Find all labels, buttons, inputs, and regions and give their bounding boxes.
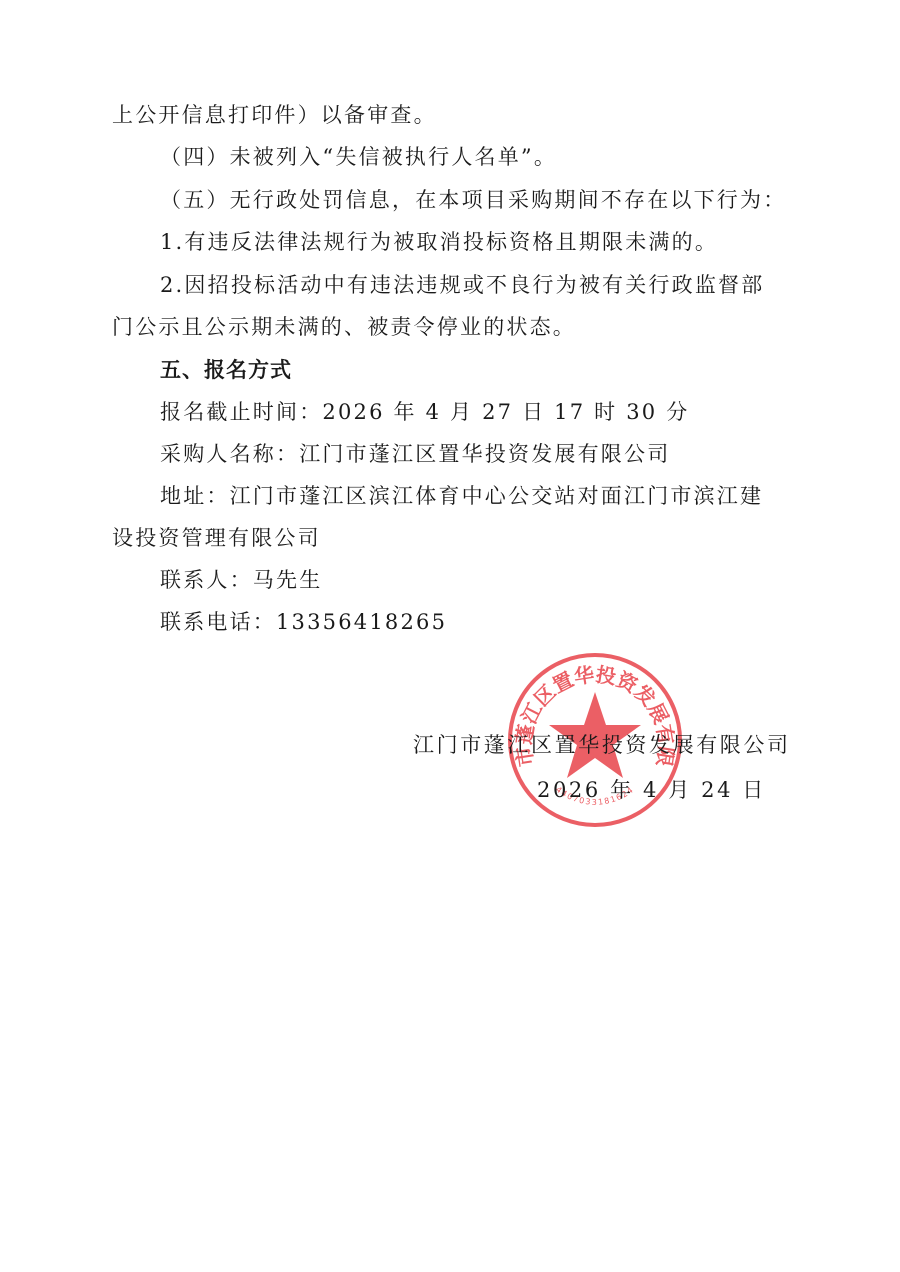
text-line: 门公示且公示期未满的、被责令停业的状态。	[112, 313, 576, 341]
text-line: 上公开信息打印件）以备审查。	[112, 101, 437, 129]
text-line: （四）未被列入“失信被执行人名单”。	[160, 143, 557, 171]
contact-phone: 联系电话：13356418265	[160, 608, 447, 636]
text-line: （五）无行政处罚信息，在本项目采购期间不存在以下行为：	[160, 186, 786, 214]
registration-deadline: 报名截止时间：2026 年 4 月 27 日 17 时 30 分	[160, 398, 689, 426]
address-line-2: 设投资管理有限公司	[112, 524, 321, 552]
address-line-1: 地址：江门市蓬江区滨江体育中心公交站对面江门市滨江建	[160, 482, 763, 510]
text-line: 2.因招投标活动中有违法违规或不良行为被有关行政监督部	[160, 271, 764, 299]
signature-date: 2026 年 4 月 24 日	[537, 776, 766, 804]
signature-company: 江门市蓬江区置华投资发展有限公司	[413, 731, 791, 759]
contact-person: 联系人：马先生	[160, 566, 322, 594]
text-line: 1.有违反法律法规行为被取消投标资格且期限未满的。	[160, 228, 718, 256]
purchaser-name: 采购人名称：江门市蓬江区置华投资发展有限公司	[160, 440, 670, 468]
section-heading: 五、报名方式	[160, 356, 292, 384]
